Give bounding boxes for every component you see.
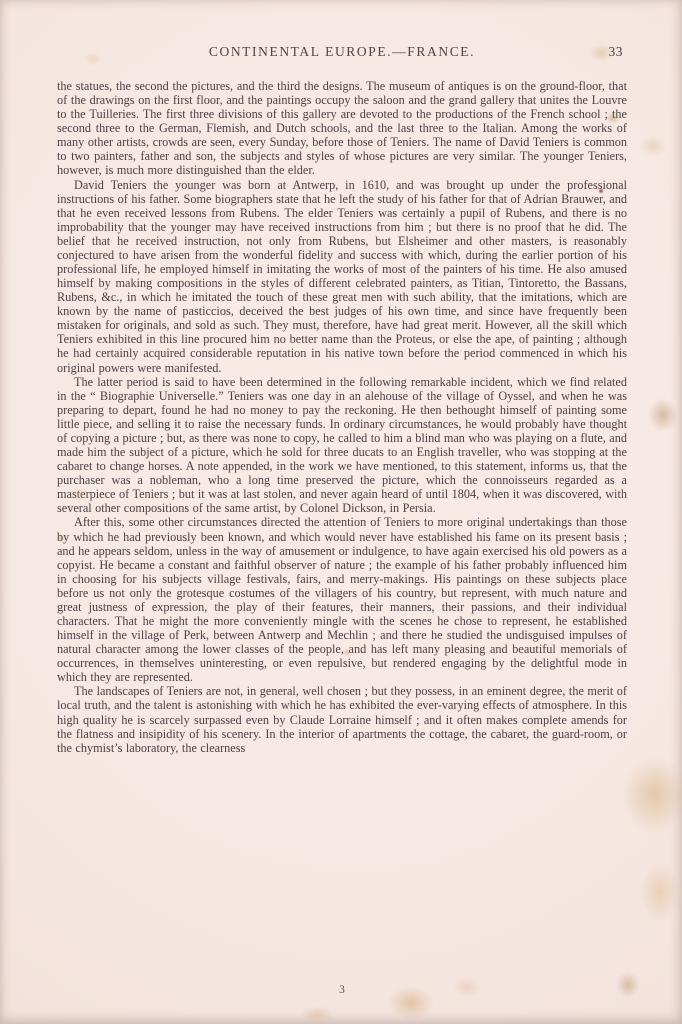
page-number: 33	[609, 44, 624, 60]
foxing-stain	[640, 862, 680, 922]
paragraph: After this, some other circumstances dir…	[57, 515, 627, 684]
text-block: the statues, the second the pictures, an…	[57, 79, 627, 755]
paragraph: The latter period is said to have been d…	[57, 375, 627, 516]
foxing-stain	[300, 1006, 334, 1024]
foxing-stain	[640, 136, 666, 156]
foxing-stain	[622, 756, 682, 834]
foxing-stain	[648, 398, 678, 432]
book-page: CONTINENTAL EUROPE.—FRANCE. 33 the statu…	[0, 0, 682, 1024]
signature-mark: 3	[57, 984, 627, 996]
paragraph: the statues, the second the pictures, an…	[57, 79, 627, 178]
running-head-title: CONTINENTAL EUROPE.—FRANCE.	[209, 44, 475, 59]
running-head: CONTINENTAL EUROPE.—FRANCE. 33	[57, 44, 627, 60]
paragraph: The landscapes of Teniers are not, in ge…	[57, 684, 627, 754]
paragraph: David Teniers the younger was born at An…	[57, 178, 627, 375]
